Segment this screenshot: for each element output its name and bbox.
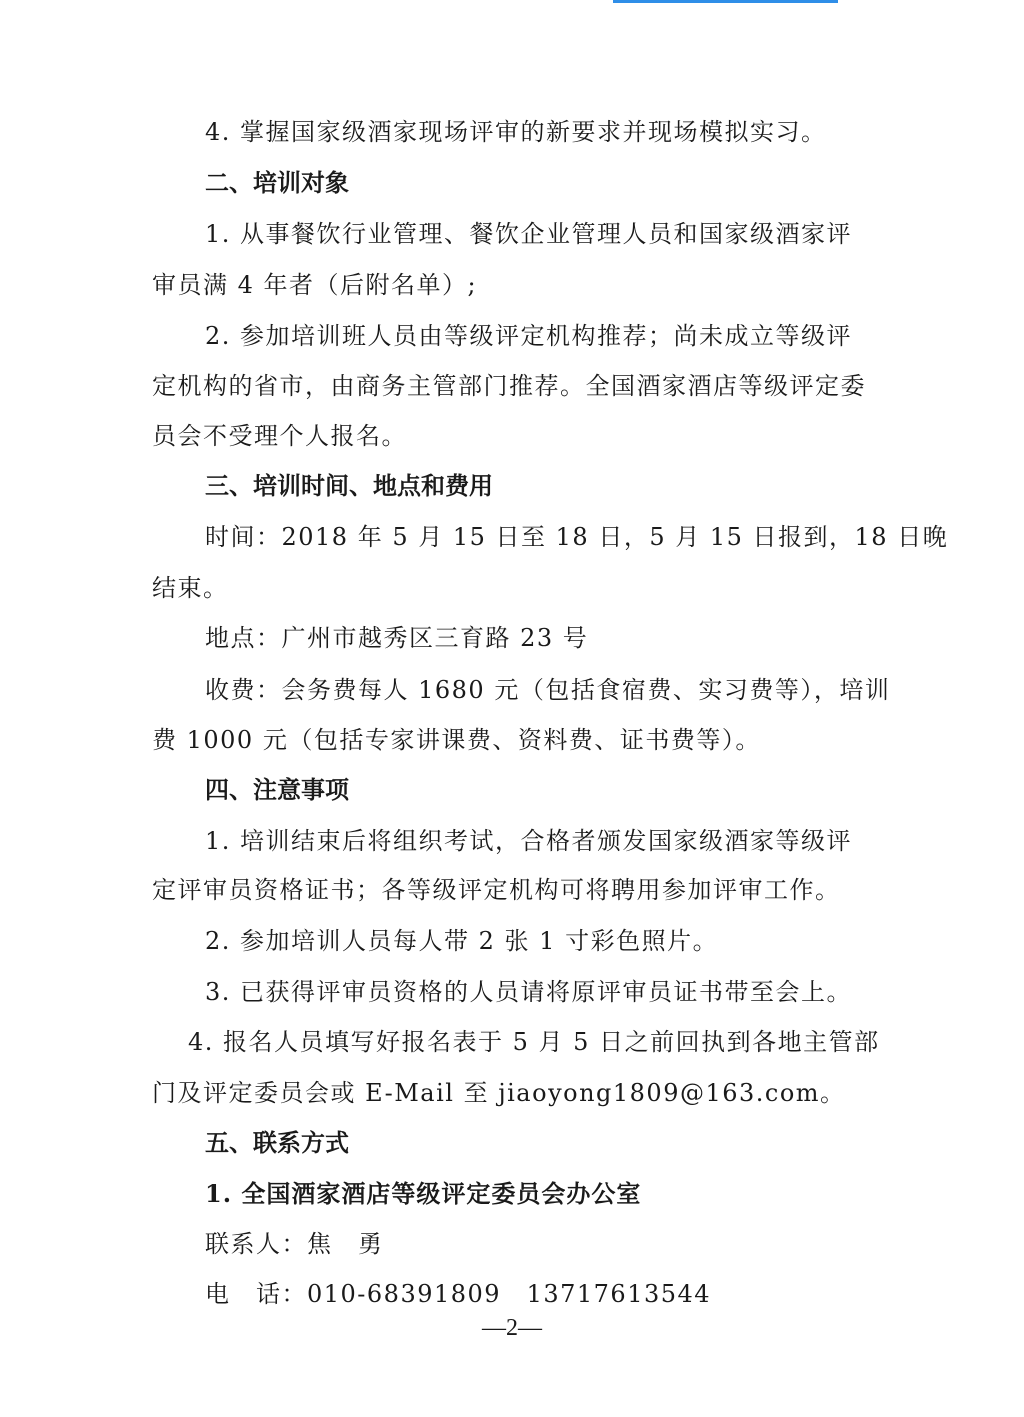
section-heading-time-place-fee: 三、培训时间、地点和费用	[205, 471, 872, 501]
note-item-2: 2. 参加培训人员每人带 2 张 1 寸彩色照片。	[205, 926, 872, 956]
note-item-4: 4. 报名人员填写好报名表于 5 月 5 日之前回执到各地主管部	[188, 1027, 872, 1057]
section-heading-training-target: 二、培训对象	[205, 168, 872, 198]
contact-phone: 电 话：010-68391809 13717613544	[205, 1279, 872, 1309]
note-item-1: 1. 培训结束后将组织考试，合格者颁发国家级酒家等级评	[205, 826, 872, 856]
top-accent-bar	[613, 0, 838, 3]
target-item-1: 1. 从事餐饮行业管理、餐饮企业管理人员和国家级酒家评	[205, 219, 872, 249]
note-item-3: 3. 已获得评审员资格的人员请将原评审员证书带至会上。	[205, 977, 872, 1007]
contact-person: 联系人：焦 勇	[205, 1229, 872, 1259]
section-heading-contact: 五、联系方式	[205, 1128, 872, 1158]
target-item-2: 2. 参加培训班人员由等级评定机构推荐；尚未成立等级评	[205, 321, 872, 351]
page-number: —2—	[0, 1313, 1024, 1343]
section-heading-notes: 四、注意事项	[205, 775, 872, 805]
objective-item-4: 4. 掌握国家级酒家现场评审的新要求并现场模拟实习。	[205, 117, 872, 147]
time-line-cont: 结束。	[152, 573, 872, 603]
target-item-1-cont: 审员满 4 年者（后附名单）;	[152, 270, 872, 300]
contact-office-name: 1. 全国酒家酒店等级评定委员会办公室	[205, 1179, 872, 1209]
note-item-1-cont: 定评审员资格证书；各等级评定机构可将聘用参加评审工作。	[152, 875, 872, 905]
target-item-2-cont-1: 定机构的省市，由商务主管部门推荐。全国酒家酒店等级评定委	[152, 371, 872, 401]
target-item-2-cont-2: 员会不受理个人报名。	[152, 421, 872, 451]
fee-line-cont: 费 1000 元（包括专家讲课费、资料费、证书费等）。	[152, 725, 872, 755]
note-item-4-cont: 门及评定委员会或 E-Mail 至 jiaoyong1809@163.com。	[152, 1078, 872, 1108]
location-line: 地点：广州市越秀区三育路 23 号	[205, 623, 872, 653]
time-line: 时间：2018 年 5 月 15 日至 18 日，5 月 15 日报到，18 日…	[205, 522, 872, 552]
fee-line: 收费：会务费每人 1680 元（包括食宿费、实习费等），培训	[205, 675, 872, 705]
